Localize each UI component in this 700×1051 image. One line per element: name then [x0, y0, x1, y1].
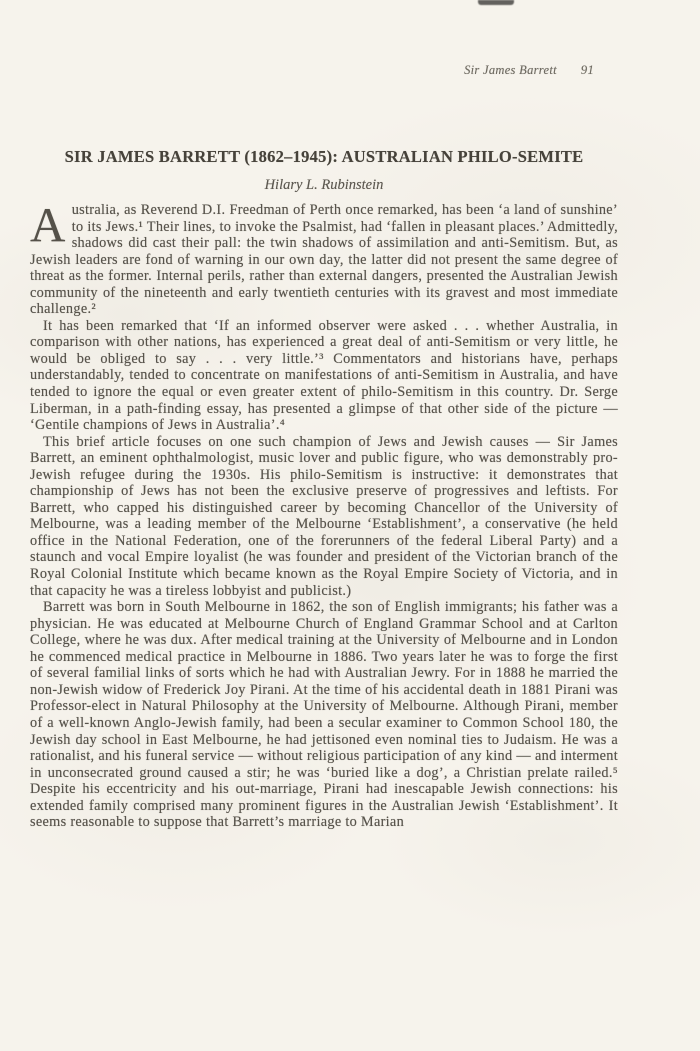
paragraph: Barrett was born in South Melbourne in 1…	[30, 599, 618, 831]
article-author: Hilary L. Rubinstein	[30, 177, 618, 194]
article-title: SIR JAMES BARRETT (1862–1945): AUSTRALIA…	[30, 147, 618, 167]
drop-cap: A	[30, 202, 72, 245]
article-body: Australia, as Reverend D.I. Freedman of …	[30, 202, 618, 831]
scanned-page: Sir James Barrett91 SIR JAMES BARRETT (1…	[0, 0, 700, 1051]
paragraph: This brief article focuses on one such c…	[30, 434, 618, 599]
running-header: Sir James Barrett91	[464, 63, 594, 78]
paragraph: It has been remarked that ‘If an informe…	[30, 318, 618, 434]
scan-artifact	[478, 0, 514, 5]
page-number: 91	[581, 63, 594, 77]
paragraph: Australia, as Reverend D.I. Freedman of …	[30, 202, 618, 318]
running-header-title: Sir James Barrett	[464, 63, 557, 77]
